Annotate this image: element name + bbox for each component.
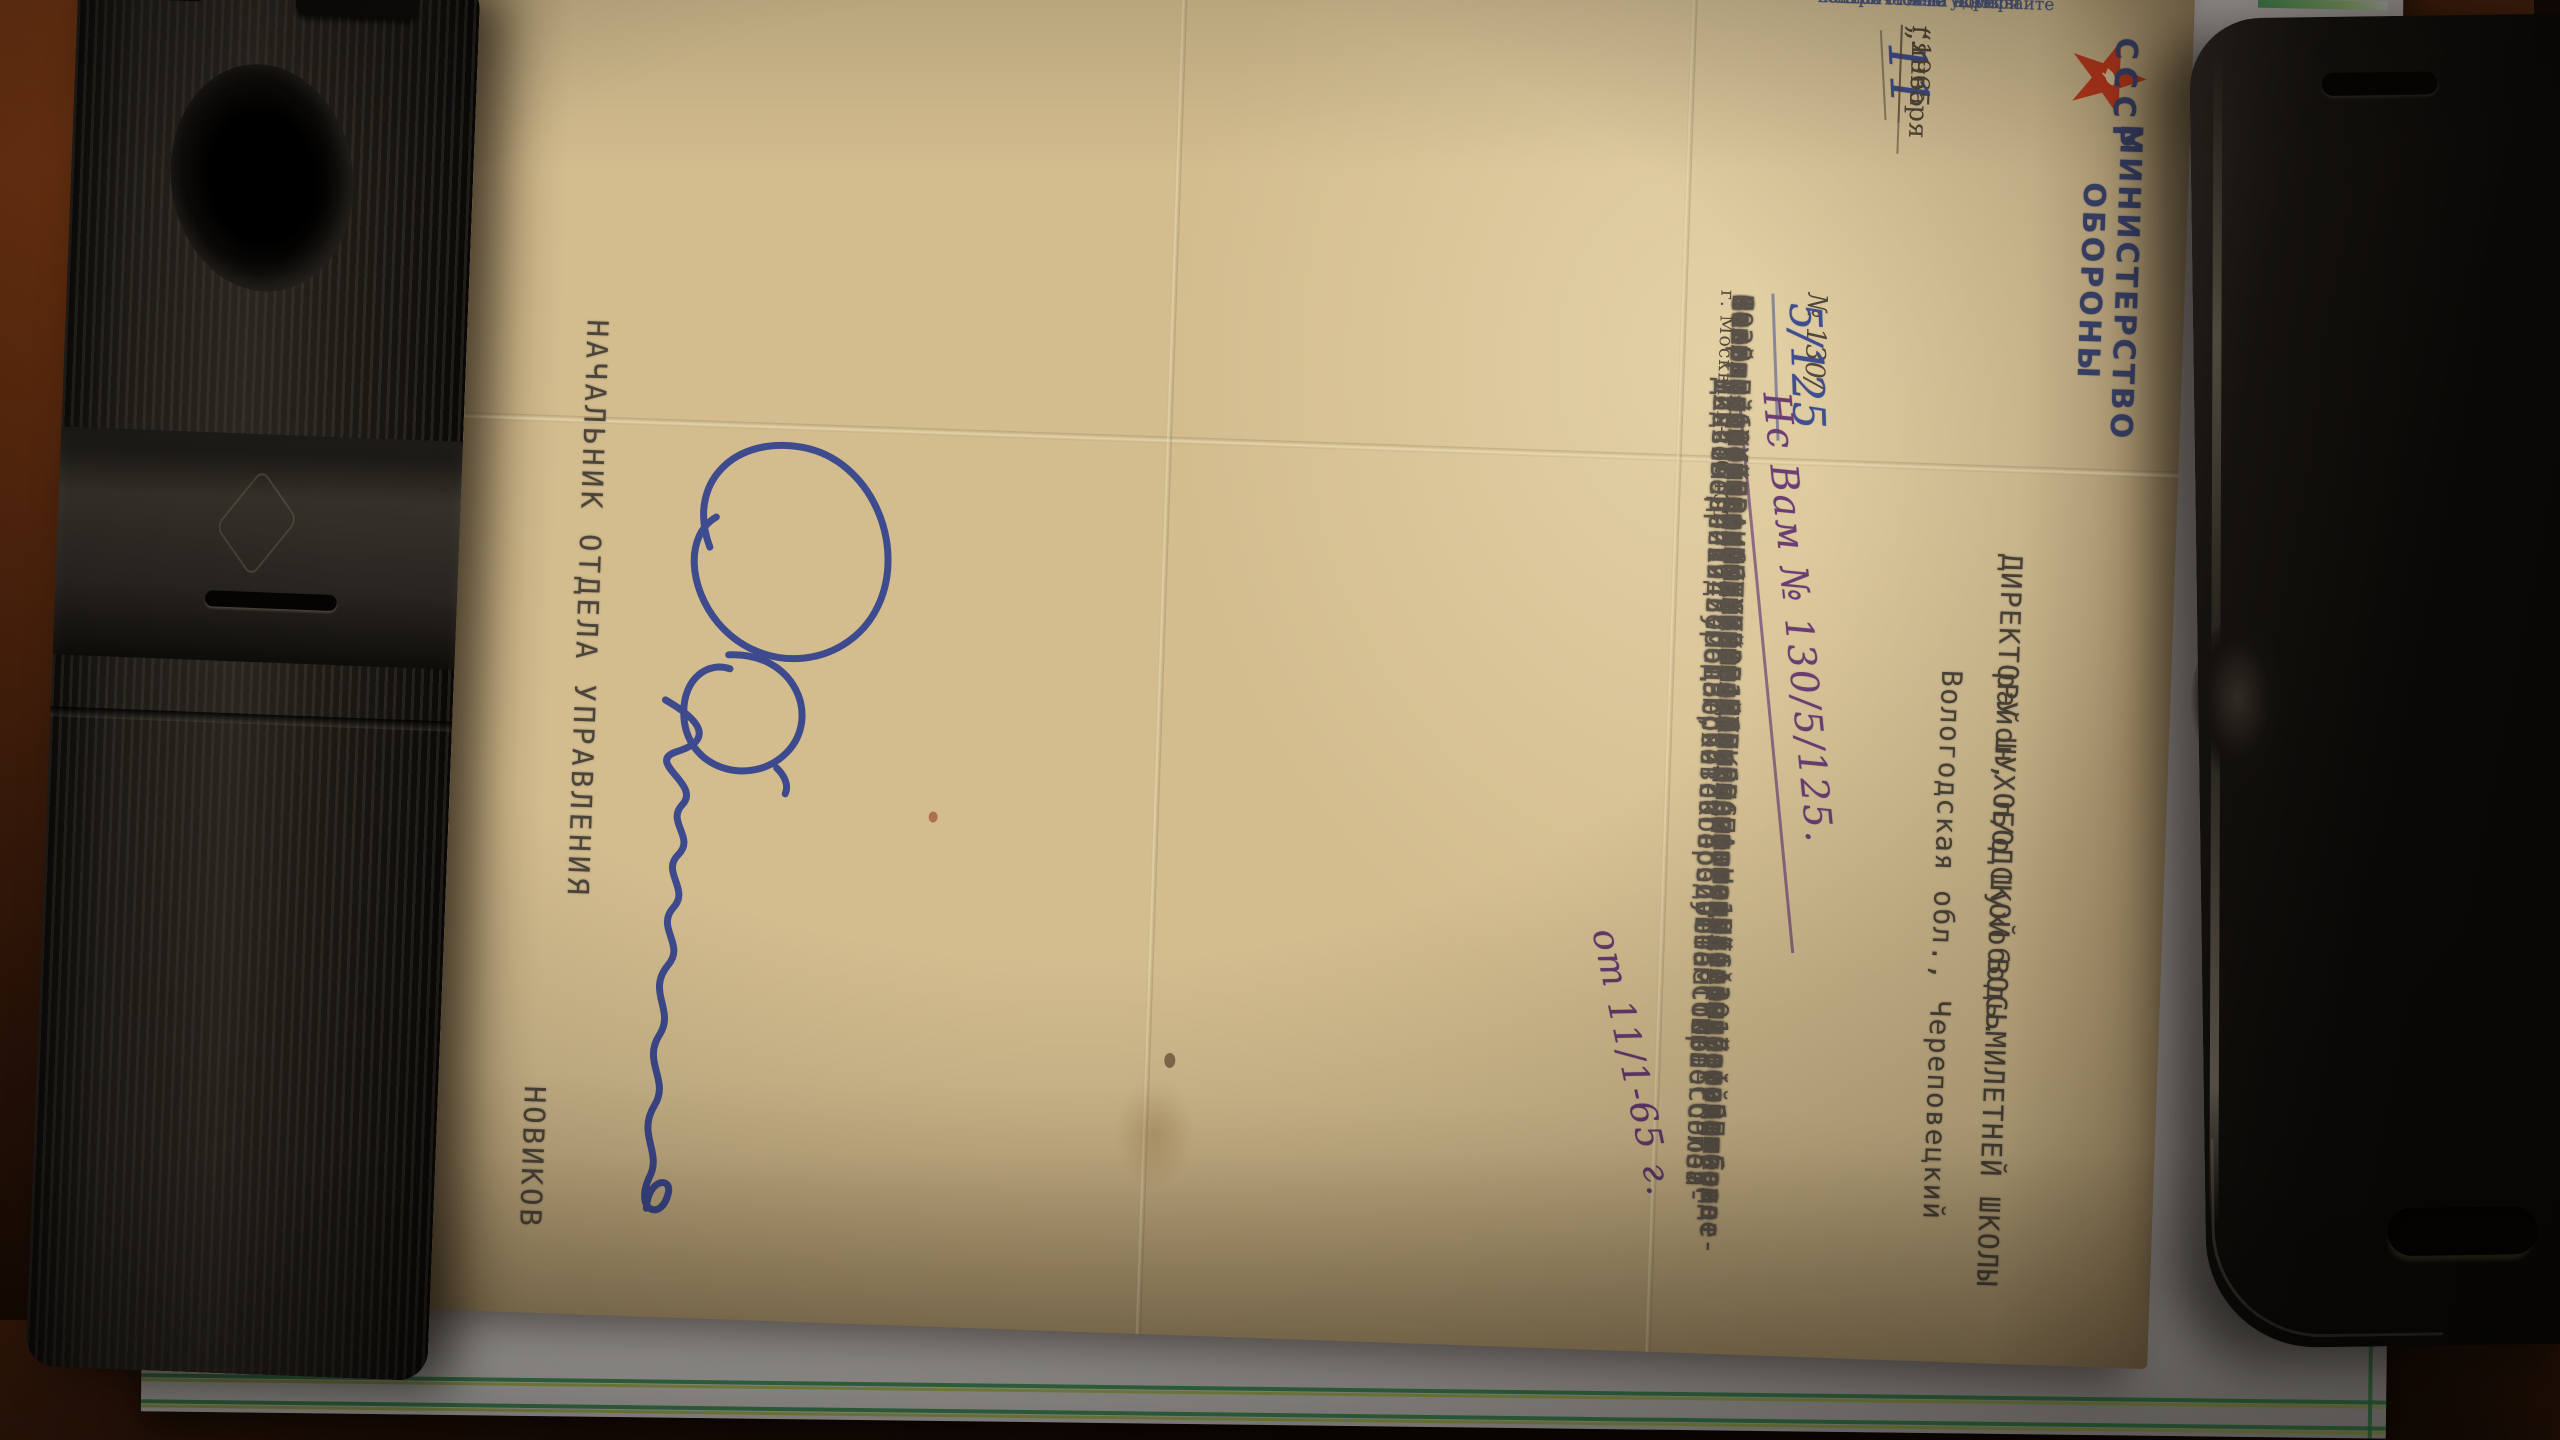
dark-object-right — [2189, 13, 2560, 1348]
emblem-mark — [215, 468, 298, 577]
band-slot — [205, 590, 338, 611]
date-line: „11“ . января 1965 г. — [1916, 26, 1936, 586]
object-band — [53, 426, 463, 669]
paper-stain — [928, 811, 937, 822]
signature-title: НАЧАЛЬНИК ОТДЕЛА УПРАВЛЕНИЯ — [561, 319, 615, 899]
ink-note-date: от 11/1-65 г. — [1584, 925, 1681, 1201]
date-suffix: г. — [1905, 25, 1936, 48]
stamp-line: ссылайтесь на номер. — [1817, 0, 2014, 15]
case-hinge-bulge — [2189, 609, 2324, 805]
dark-object-left — [25, 0, 481, 1381]
letter-document: При ответе указывайтенаш почтовый адрес … — [388, 0, 2200, 1369]
object-foot — [295, 0, 419, 20]
oval-hole — [156, 53, 367, 304]
case-rim-light — [2210, 1135, 2443, 1338]
addressee-block: ДИРЕКТОРУ ШУХОБОДСКОЙ ВОСЬМИЛЕТНЕЙ ШКОЛЫ… — [2010, 555, 2038, 1345]
case-slot — [2322, 71, 2438, 96]
green-ruling-line — [141, 1373, 2386, 1404]
handwritten-signature — [612, 393, 937, 1278]
signature-name: НОВИКОВ — [513, 1085, 552, 1229]
letter-body: Пионеры штаба Красных следопытов вверенн… — [1728, 295, 1765, 1349]
addressee-line: район, п/о Шухободь. — [1969, 671, 2034, 1040]
reply-instruction-stamp: При ответе указывайтенаш почтовый адрес … — [1815, 0, 2070, 73]
paper-stain — [1113, 1078, 1197, 1191]
letterhead-country: СССР — [2105, 37, 2144, 154]
photo-scene: При ответе указывайтенаш почтовый адрес … — [0, 0, 2560, 1440]
object-seam — [50, 706, 452, 731]
letterhead: МИНИСТЕРСТВО ОБОРОНЫ СССР — [2134, 39, 2151, 529]
object-foot — [110, 0, 207, 2]
paper-stain — [1164, 1053, 1176, 1068]
